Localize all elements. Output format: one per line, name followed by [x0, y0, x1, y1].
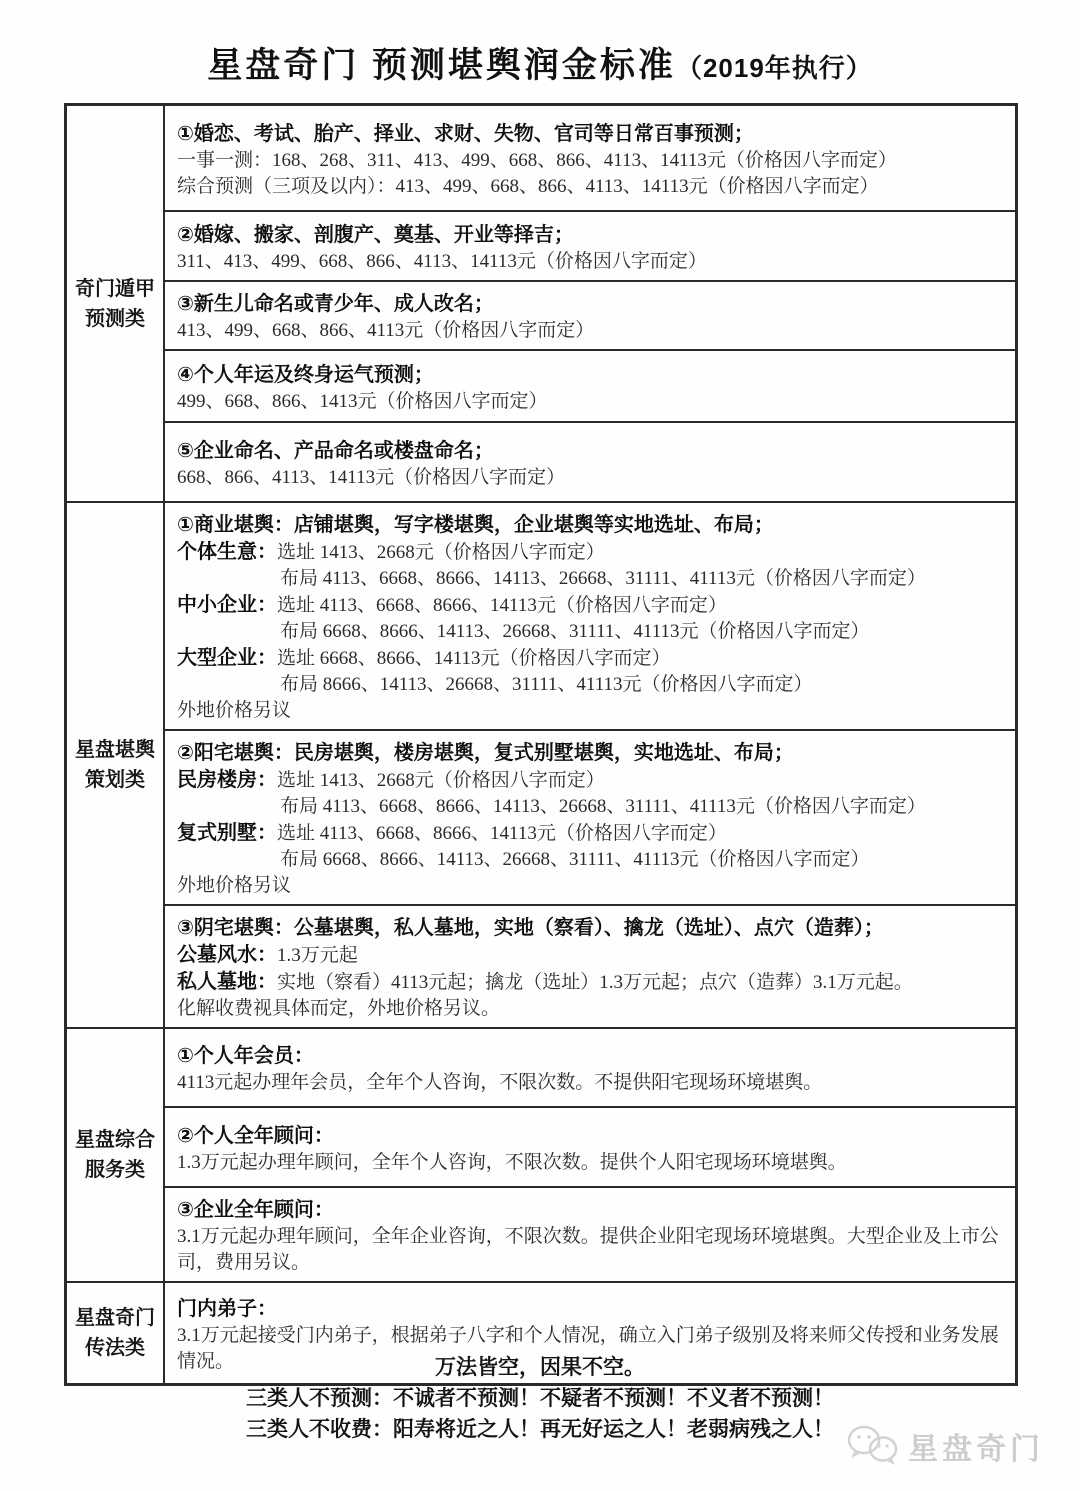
service-heading-text: ④个人年运及终身运气预测； — [177, 364, 434, 386]
service-subcategory-label: 公墓风水： — [177, 944, 277, 966]
service-heading-line: 门内弟子： — [177, 1296, 1005, 1323]
service-detail-line: 大型企业：选址 6668、8666、14113元（价格因八字而定） — [177, 645, 1005, 672]
section-rows: ①商业堪舆：店铺堪舆，写字楼堪舆，企业堪舆等实地选址、布局；个体生意：选址 14… — [165, 503, 1015, 1027]
service-heading-text: ⑤企业命名、产品命名或楼盘命名； — [177, 440, 494, 462]
footer-line: 三类人不预测：不诚者不预测！不疑者不预测！不义者不预测！ — [0, 1383, 1080, 1414]
service-price-text: 综合预测（三项及以内）：413、499、668、866、4113、14113元（… — [177, 176, 879, 197]
section-rows: ①婚恋、考试、胎产、择业、求财、失物、官司等日常百事预测；一事一测：168、26… — [165, 106, 1015, 501]
category-label-line: 奇门遁甲 — [75, 274, 155, 304]
service-heading-text: ②阳宅堪舆：民房堪舆，楼房堪舆，复式别墅堪舆，实地选址、布局； — [177, 742, 794, 764]
service-price-text: 外地价格另议 — [177, 700, 291, 721]
service-row: ②阳宅堪舆：民房堪舆，楼房堪舆，复式别墅堪舆，实地选址、布局；民房楼房：选址 1… — [165, 729, 1015, 904]
service-detail-line: 311、413、499、668、866、4113、14113元（价格因八字而定） — [177, 249, 1005, 275]
service-heading-text: 门内弟子： — [177, 1298, 277, 1320]
service-detail-line: 复式别墅：选址 4113、6668、8666、14113元（价格因八字而定） — [177, 820, 1005, 847]
service-row: ①婚恋、考试、胎产、择业、求财、失物、官司等日常百事预测；一事一测：168、26… — [165, 106, 1015, 210]
service-detail-line: 4113元起办理年会员，全年个人咨询，不限次数。不提供阳宅现场环境堪舆。 — [177, 1070, 1005, 1096]
service-heading-line: ①个人年会员： — [177, 1043, 1005, 1070]
service-price-text: 选址 4113、6668、8666、14113元（价格因八字而定） — [277, 823, 727, 844]
service-price-text: 布局 6668、8666、14113、26668、31111、41113元（价格… — [280, 849, 870, 870]
service-detail-line: 3.1万元起办理年顾问，全年企业咨询，不限次数。提供企业阳宅现场环境堪舆。大型企… — [177, 1224, 1005, 1276]
service-detail-line: 综合预测（三项及以内）：413、499、668、866、4113、14113元（… — [177, 174, 1005, 200]
service-price-text: 布局 4113、6668、8666、14113、26668、31111、4111… — [280, 568, 926, 589]
brand-watermark: 星盘奇门 — [847, 1424, 1044, 1468]
service-heading-line: ③企业全年顾问： — [177, 1197, 1005, 1224]
service-heading-text: ①婚恋、考试、胎产、择业、求财、失物、官司等日常百事预测； — [177, 123, 754, 145]
service-row: ⑤企业命名、产品命名或楼盘命名；668、866、4113、14113元（价格因八… — [165, 421, 1015, 501]
service-subcategory-label: 中小企业： — [177, 594, 277, 616]
service-heading-text: ②个人全年顾问： — [177, 1125, 334, 1147]
service-subcategory-label: 私人墓地： — [177, 971, 277, 993]
service-price-text: 668、866、4113、14113元（价格因八字而定） — [177, 467, 565, 488]
service-detail-line: 外地价格另议 — [177, 698, 1005, 724]
section-xingpan-kanyu-planning: 星盘堪舆策划类①商业堪舆：店铺堪舆，写字楼堪舆，企业堪舆等实地选址、布局；个体生… — [67, 501, 1015, 1027]
service-price-text: 实地（察看）4113元起；擒龙（选址）1.3万元起；点穴（造葬）3.1万元起。 — [277, 972, 913, 993]
service-row: ①商业堪舆：店铺堪舆，写字楼堪舆，企业堪舆等实地选址、布局；个体生意：选址 14… — [165, 503, 1015, 729]
service-row: ③新生儿命名或青少年、成人改名；413、499、668、866、4113元（价格… — [165, 280, 1015, 349]
service-detail-line: 668、866、4113、14113元（价格因八字而定） — [177, 465, 1005, 491]
category-label-cell: 奇门遁甲预测类 — [67, 106, 165, 501]
service-heading-line: ②阳宅堪舆：民房堪舆，楼房堪舆，复式别墅堪舆，实地选址、布局； — [177, 740, 1005, 767]
category-label-cell: 星盘堪舆策划类 — [67, 503, 165, 1027]
service-subcategory-label: 民房楼房： — [177, 769, 277, 791]
service-detail-line: 个体生意：选址 1413、2668元（价格因八字而定） — [177, 539, 1005, 566]
service-heading-line: ③新生儿命名或青少年、成人改名； — [177, 291, 1005, 318]
service-price-text: 选址 4113、6668、8666、14113元（价格因八字而定） — [277, 595, 727, 616]
service-detail-line: 中小企业：选址 4113、6668、8666、14113元（价格因八字而定） — [177, 592, 1005, 619]
category-label-line: 预测类 — [85, 304, 145, 334]
brand-watermark-label: 星盘奇门 — [908, 1424, 1044, 1468]
service-heading-text: ①个人年会员： — [177, 1045, 314, 1067]
service-heading-text: ③新生儿命名或青少年、成人改名； — [177, 293, 494, 315]
service-price-text: 一事一测：168、268、311、413、499、668、866、4113、14… — [177, 150, 897, 171]
wechat-chat-bubbles-icon — [847, 1425, 899, 1467]
category-label-line: 星盘奇门 — [75, 1303, 155, 1333]
service-price-text: 4113元起办理年会员，全年个人咨询，不限次数。不提供阳宅现场环境堪舆。 — [177, 1072, 822, 1093]
service-detail-line: 布局 4113、6668、8666、14113、26668、31111、4111… — [177, 794, 1005, 820]
page-title: 星盘奇门 预测堪舆润金标准（2019年执行） — [0, 38, 1080, 88]
service-price-text: 外地价格另议 — [177, 875, 291, 896]
service-price-text: 1.3万元起 — [277, 945, 358, 966]
service-price-text: 选址 1413、2668元（价格因八字而定） — [277, 542, 605, 563]
service-subcategory-label: 大型企业： — [177, 647, 277, 669]
service-price-text: 布局 6668、8666、14113、26668、31111、41113元（价格… — [280, 621, 870, 642]
service-heading-text: ③阴宅堪舆：公墓堪舆，私人墓地，实地（察看）、擒龙（选址）、点穴（造葬）； — [177, 917, 884, 939]
service-heading-line: ②个人全年顾问： — [177, 1123, 1005, 1150]
service-heading-line: ①婚恋、考试、胎产、择业、求财、失物、官司等日常百事预测； — [177, 121, 1005, 148]
service-detail-line: 布局 6668、8666、14113、26668、31111、41113元（价格… — [177, 847, 1005, 873]
service-price-text: 499、668、866、1413元（价格因八字而定） — [177, 391, 548, 412]
category-label-line: 星盘堪舆 — [75, 735, 155, 765]
service-row: ④个人年运及终身运气预测；499、668、866、1413元（价格因八字而定） — [165, 349, 1015, 421]
service-price-text: 311、413、499、668、866、4113、14113元（价格因八字而定） — [177, 251, 707, 272]
service-heading-line: ②婚嫁、搬家、剖腹产、奠基、开业等择吉； — [177, 222, 1005, 249]
service-heading-line: ③阴宅堪舆：公墓堪舆，私人墓地，实地（察看）、擒龙（选址）、点穴（造葬）； — [177, 915, 1005, 942]
service-detail-line: 一事一测：168、268、311、413、499、668、866、4113、14… — [177, 148, 1005, 174]
service-price-text: 选址 1413、2668元（价格因八字而定） — [277, 770, 605, 791]
service-price-text: 化解收费视具体而定，外地价格另议。 — [177, 998, 500, 1019]
service-detail-line: 公墓风水：1.3万元起 — [177, 942, 1005, 969]
service-detail-line: 413、499、668、866、4113元（价格因八字而定） — [177, 318, 1005, 344]
service-price-text: 布局 8666、14113、26668、31111、41113元（价格因八字而定… — [280, 674, 813, 695]
pricing-table: 奇门遁甲预测类①婚恋、考试、胎产、择业、求财、失物、官司等日常百事预测；一事一测… — [64, 103, 1018, 1386]
service-row: ③企业全年顾问：3.1万元起办理年顾问，全年企业咨询，不限次数。提供企业阳宅现场… — [165, 1186, 1015, 1281]
service-heading-line: ①商业堪舆：店铺堪舆，写字楼堪舆，企业堪舆等实地选址、布局； — [177, 512, 1005, 539]
service-subcategory-label: 复式别墅： — [177, 822, 277, 844]
service-detail-line: 外地价格另议 — [177, 873, 1005, 899]
service-detail-line: 布局 8666、14113、26668、31111、41113元（价格因八字而定… — [177, 672, 1005, 698]
page-title-main: 星盘奇门 预测堪舆润金标准 — [207, 46, 676, 85]
service-price-text: 413、499、668、866、4113元（价格因八字而定） — [177, 320, 594, 341]
pricing-document-page: 星盘奇门 预测堪舆润金标准（2019年执行） 奇门遁甲预测类①婚恋、考试、胎产、… — [0, 0, 1080, 1491]
service-detail-line: 布局 4113、6668、8666、14113、26668、31111、4111… — [177, 566, 1005, 592]
category-label-line: 策划类 — [85, 765, 145, 795]
category-label-cell: 星盘综合服务类 — [67, 1029, 165, 1281]
service-detail-line: 私人墓地：实地（察看）4113元起；擒龙（选址）1.3万元起；点穴（造葬）3.1… — [177, 969, 1005, 996]
section-rows: ①个人年会员：4113元起办理年会员，全年个人咨询，不限次数。不提供阳宅现场环境… — [165, 1029, 1015, 1281]
service-row: ②婚嫁、搬家、剖腹产、奠基、开业等择吉；311、413、499、668、866、… — [165, 210, 1015, 280]
service-price-text: 3.1万元起办理年顾问，全年企业咨询，不限次数。提供企业阳宅现场环境堪舆。大型企… — [177, 1226, 999, 1273]
service-heading-line: ④个人年运及终身运气预测； — [177, 362, 1005, 389]
section-xingpan-comprehensive-service: 星盘综合服务类①个人年会员：4113元起办理年会员，全年个人咨询，不限次数。不提… — [67, 1027, 1015, 1281]
service-detail-line: 布局 6668、8666、14113、26668、31111、41113元（价格… — [177, 619, 1005, 645]
service-price-text: 布局 4113、6668、8666、14113、26668、31111、4111… — [280, 796, 926, 817]
category-label-line: 星盘综合 — [75, 1125, 155, 1155]
service-price-text: 选址 6668、8666、14113元（价格因八字而定） — [277, 648, 671, 669]
service-heading-text: ①商业堪舆：店铺堪舆，写字楼堪舆，企业堪舆等实地选址、布局； — [177, 514, 774, 536]
service-heading-text: ②婚嫁、搬家、剖腹产、奠基、开业等择吉； — [177, 224, 574, 246]
service-heading-text: ③企业全年顾问： — [177, 1199, 334, 1221]
service-row: ①个人年会员：4113元起办理年会员，全年个人咨询，不限次数。不提供阳宅现场环境… — [165, 1029, 1015, 1106]
service-subcategory-label: 个体生意： — [177, 541, 277, 563]
service-heading-line: ⑤企业命名、产品命名或楼盘命名； — [177, 438, 1005, 465]
category-label-line: 服务类 — [85, 1155, 145, 1185]
service-detail-line: 化解收费视具体而定，外地价格另议。 — [177, 996, 1005, 1022]
service-price-text: 1.3万元起办理年顾问，全年个人咨询，不限次数。提供个人阳宅现场环境堪舆。 — [177, 1152, 847, 1173]
section-qimen-dunjia-prediction: 奇门遁甲预测类①婚恋、考试、胎产、择业、求财、失物、官司等日常百事预测；一事一测… — [67, 106, 1015, 501]
footer-line: 万法皆空，因果不空。 — [0, 1352, 1080, 1383]
service-row: ③阴宅堪舆：公墓堪舆，私人墓地，实地（察看）、擒龙（选址）、点穴（造葬）；公墓风… — [165, 904, 1015, 1027]
service-detail-line: 499、668、866、1413元（价格因八字而定） — [177, 389, 1005, 415]
page-title-year: （2019年执行） — [676, 53, 873, 83]
service-detail-line: 民房楼房：选址 1413、2668元（价格因八字而定） — [177, 767, 1005, 794]
service-row: ②个人全年顾问：1.3万元起办理年顾问，全年个人咨询，不限次数。提供个人阳宅现场… — [165, 1106, 1015, 1186]
service-detail-line: 1.3万元起办理年顾问，全年个人咨询，不限次数。提供个人阳宅现场环境堪舆。 — [177, 1150, 1005, 1176]
